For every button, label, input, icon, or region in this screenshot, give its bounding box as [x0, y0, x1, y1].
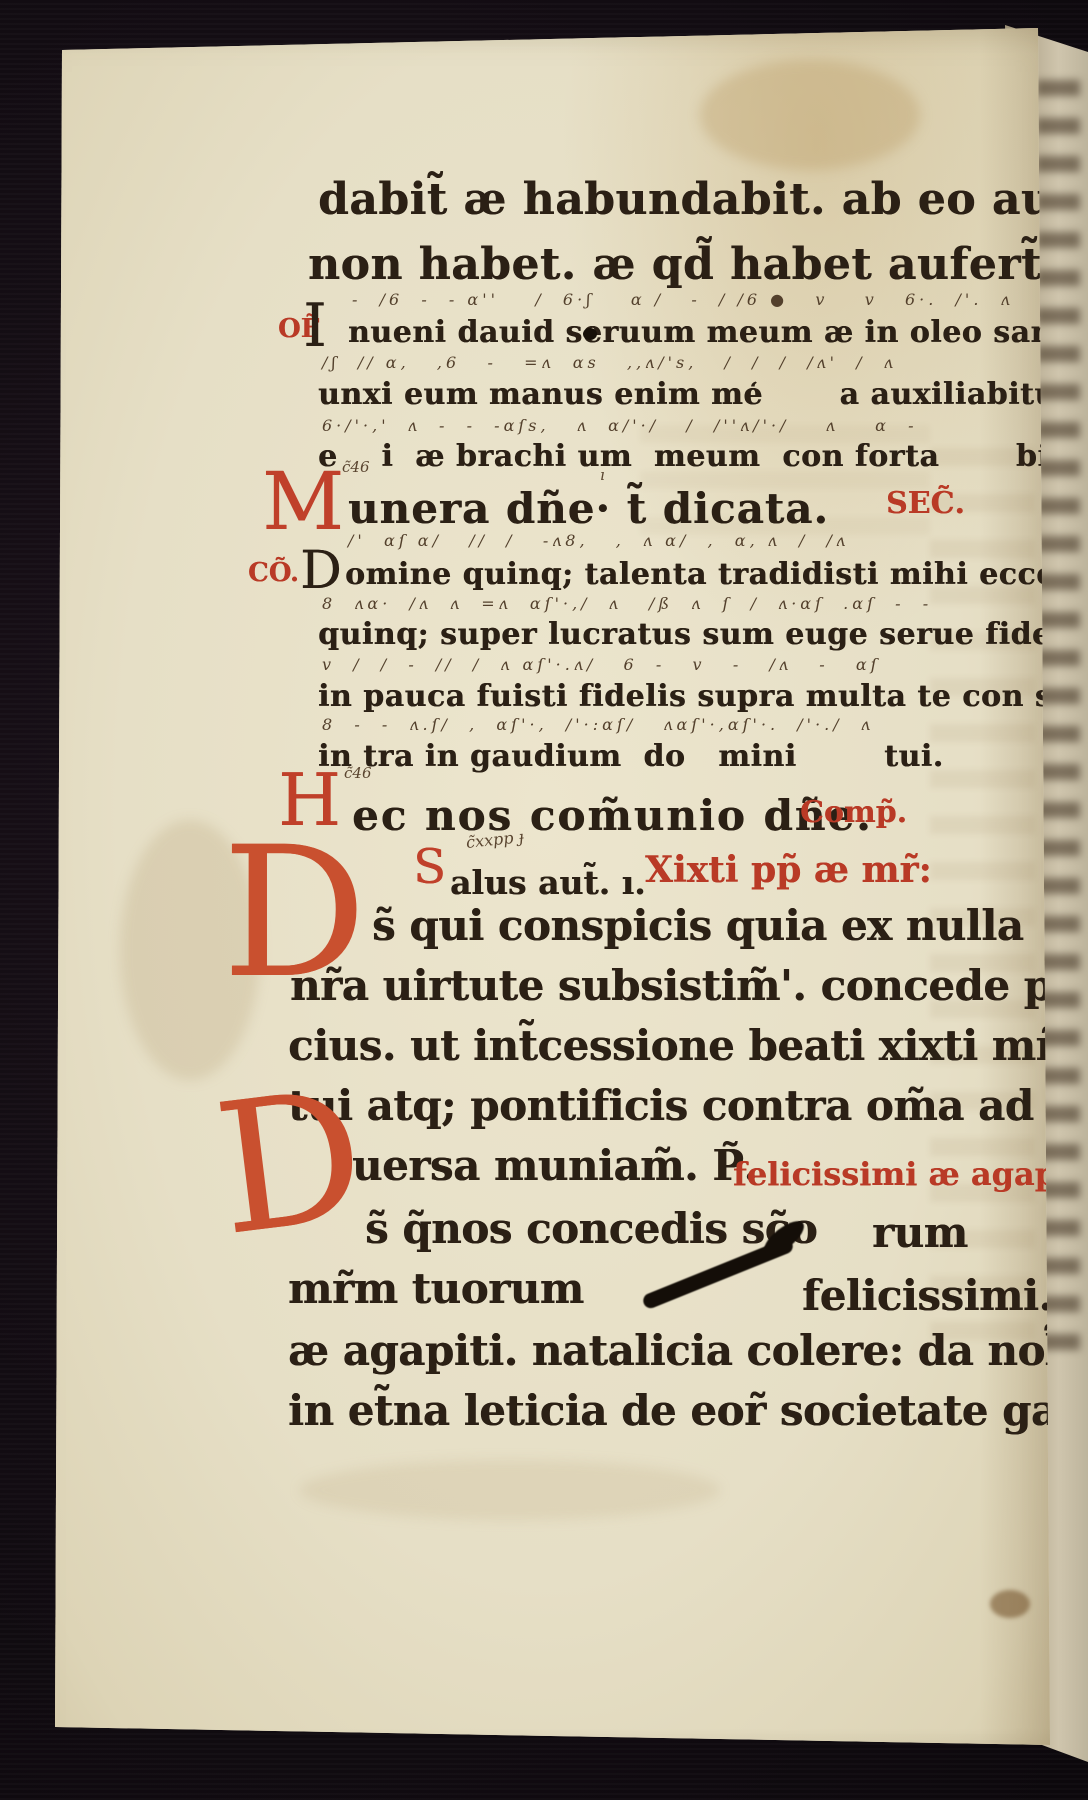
- collect-line-4: tui atq; pontificis contra om̃a ad: [288, 1085, 1034, 1127]
- neume-row: 8 ʌɑ· /ʌ ʌ =ʌ ɑſ'·,/ ʌ /ß ʌ ſ / ʌ·ɑſ .ɑſ…: [322, 596, 932, 612]
- communio-text-2: quinq; super lucratus sum euge serue fid…: [318, 620, 1088, 650]
- gospel-line-2: non habet. æ qd̃ habet aufert̃ ab eo.: [308, 243, 1088, 287]
- neume-row: v / / - // / ʌ ɑſ'·.ʌ/ 6 - v - /ʌ - ɑſ: [322, 657, 881, 673]
- offertory-text-2: unxi eum manus enim me̒ a auxiliabitur·: [318, 380, 1084, 410]
- postcommunio-margin-label: Comp̃.: [800, 798, 907, 828]
- offertory-text-3: e i æ brachi um meum con forta bit eum.: [318, 442, 1088, 472]
- collect2-line2a: mr̃m tuorum: [288, 1268, 584, 1310]
- collect2-line1a: s̃ q̃nos concedis sc̃o: [365, 1208, 817, 1250]
- salus-initial: S: [413, 848, 446, 886]
- neume-row: /' ɑſ ɑ/ // / -ʌ8, , ʌ ɑ/ , ɑ, ʌ / /ʌ: [348, 533, 849, 549]
- secret-text: unera dñe· t̃ dicata.: [348, 488, 829, 530]
- xisti-rubric: Xixti pp̃ æ mr̃:: [645, 852, 932, 888]
- collect2-continuation: uersa muniam̃. P̃.: [352, 1145, 757, 1187]
- interlinear-gloss: c̃46: [342, 460, 370, 475]
- collect-line-3: cius. ut int̃cessione beati xixti mr̃is: [288, 1025, 1088, 1067]
- neume-row: 6·/'·,' ʌ - - -ɑſs, ʌ ɑ/'·/ / /''ʌ/'·/ ʌ…: [322, 418, 918, 434]
- secret-initial: M: [262, 470, 344, 534]
- communio-text-4: in tra in gaudium do mini tui.: [318, 742, 944, 772]
- superscript-i: ı: [600, 468, 605, 483]
- secret-margin-label: SEC̃.: [886, 489, 965, 519]
- communio-text-3: in pauca fuisti fidelis supra multa te c…: [318, 682, 1088, 712]
- neume-row: - /6 - - ɑ'' / 6·ʃ ɑ / - / /6 ● v v 6·. …: [352, 292, 1014, 308]
- neume-row: /ʃ // ɑ, ,6 - =ʌ ɑs ,,ʌ/'s, / / / /ʌ' / …: [322, 355, 897, 371]
- communio-margin-label: CÕ.: [248, 560, 299, 586]
- collect2-line1b: rum: [872, 1212, 968, 1254]
- collect2-line2b: felicissimi.: [802, 1275, 1053, 1317]
- neume-row: 8 - - ʌ.ſ/ , ɑſ'·, /'·:ɑſ/ ʌɑſ'·,ɑſ'·. /…: [322, 717, 874, 733]
- parchment-page: dabit̃ æ habundabit. ab eo aut̃ q̃ non h…: [0, 0, 1088, 1800]
- ink-blot: [583, 328, 597, 340]
- offertory-initial: I: [303, 296, 327, 356]
- postcommunio-text: ec nos com̃unio dñe.: [352, 795, 873, 837]
- communio-initial: D: [300, 545, 342, 597]
- interlinear-gloss: c̃46: [344, 766, 372, 781]
- stain: [700, 60, 920, 170]
- collect2-line3: æ agapiti. natalicia colere: da nob̃: [288, 1330, 1074, 1372]
- manuscript-photo: dabit̃ æ habundabit. ab eo aut̃ q̃ non h…: [0, 0, 1088, 1800]
- offertory-text-1: nueni dauid seruum meum æ in oleo sancto: [348, 318, 1088, 348]
- collect2-line4: in et̃na leticia de eor̃ societate gau: [288, 1390, 1088, 1432]
- collect-initial-d2: D: [210, 1084, 371, 1245]
- gospel-line-1: dabit̃ æ habundabit. ab eo aut̃ q̃: [318, 178, 1088, 222]
- stain: [300, 1460, 720, 1520]
- communio-text-1: omine quinq; talenta tradidisti mihi ecc…: [345, 560, 1088, 590]
- salus-incipit: alus aut̃. ı.: [450, 866, 646, 899]
- felicissimi-rubric: felicissimi æ agapit̃: [733, 1158, 1084, 1190]
- collect-line-1: s̃ qui conspicis quia ex nulla: [372, 905, 1023, 947]
- stain: [990, 1590, 1030, 1618]
- collect-line-2: nr̃a uirtute subsistim̃'. concede ppi: [290, 965, 1088, 1007]
